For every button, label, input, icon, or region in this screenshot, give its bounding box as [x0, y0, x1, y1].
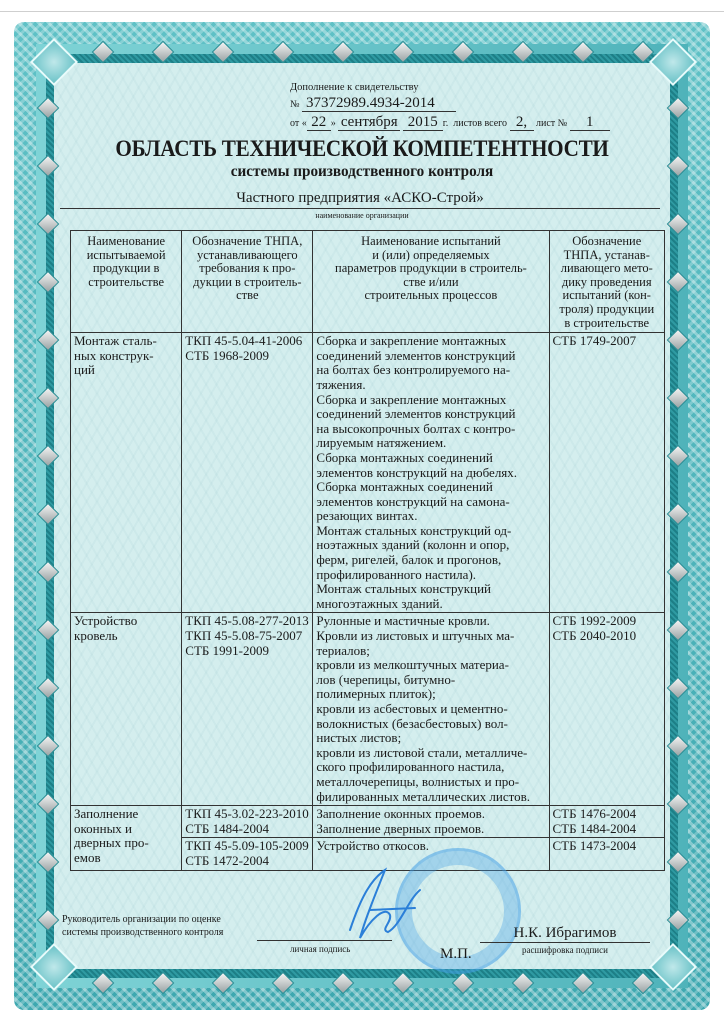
cell-line: Монтаж сталь-	[74, 334, 178, 349]
date-month: сентября	[338, 114, 400, 131]
cell-product: Монтаж сталь-ных конструк-ций	[71, 333, 182, 613]
cell-line: ского профилированного настила,	[316, 760, 545, 775]
cell-line: Кровли из листовых и штучных ма-	[316, 629, 545, 644]
cell-line: элементов конструкций на самона-	[316, 495, 545, 510]
header-product: Наименованиеиспытываемойпродукции встрои…	[71, 231, 182, 333]
sheets-total: 2,	[510, 114, 534, 131]
cell-line: кровли из мелкоштучных материа-	[316, 658, 545, 673]
cell-tests: Рулонные и мастичные кровли.Кровли из ли…	[313, 613, 549, 806]
cell-line: Обозначение	[553, 235, 662, 249]
cell-line: Сборка и закрепление монтажных	[316, 334, 545, 349]
cell-line: СТБ 1991-2009	[185, 644, 309, 659]
cell-tnpa: ТКП 45-5.04-41-2006СТБ 1968-2009	[182, 333, 313, 613]
cell-line: ТКП 45-5.08-75-2007	[185, 629, 309, 644]
cell-line: СТБ 1968-2009	[185, 349, 309, 364]
cell-line: и (или) определяемых	[316, 249, 545, 263]
cell-line: кровли из листовой стали, металличе-	[316, 746, 545, 761]
cell-line: Наименование	[74, 235, 178, 249]
organization-name: Частного предприятия «АСКО-Строй»	[60, 190, 660, 209]
cell-methods: СТБ 1992-2009СТБ 2040-2010	[549, 613, 665, 806]
cell-tnpa: ТКП 45-5.09-105-2009СТБ 1472-2004	[182, 838, 313, 870]
cell-line: ТКП 45-3.02-223-2010	[185, 807, 309, 822]
certificate-reference: Дополнение к свидетельству № 37372989.49…	[290, 82, 630, 131]
cell-line: Заполнение оконных проемов.	[316, 807, 545, 822]
cell-line: требования к про-	[185, 262, 309, 276]
competence-table: Наименованиеиспытываемойпродукции встрои…	[70, 230, 665, 871]
cell-line: Наименование испытаний	[316, 235, 545, 249]
handwritten-signature	[330, 860, 440, 950]
cell-line: испытаний (кон-	[553, 289, 662, 303]
cell-line: дверных про-	[74, 836, 178, 851]
cell-line: ных конструк-	[74, 349, 178, 364]
sheet-label: лист №	[536, 118, 567, 129]
document-subtitle: системы производственного контроля	[18, 163, 706, 181]
cell-line: ТНПА, устанав-	[553, 249, 662, 263]
cell-line: лируемым натяжением.	[316, 436, 545, 451]
cell-line: параметров продукции в строитель-	[316, 262, 545, 276]
cell-line: Заполнение	[74, 807, 178, 822]
cell-line: дукции в строитель-	[185, 276, 309, 290]
supplement-label: Дополнение к свидетельству	[290, 82, 630, 93]
cell-line: кровель	[74, 629, 178, 644]
number-prefix: №	[290, 99, 300, 110]
cell-line: лов (черепицы, битумно-	[316, 673, 545, 688]
cell-line: ферм, ригелей, балок и прогонов,	[316, 553, 545, 568]
cell-line: Обозначение ТНПА,	[185, 235, 309, 249]
cell-line: оконных и	[74, 822, 178, 837]
document-title: ОБЛАСТЬ ТЕХНИЧЕСКОЙ КОМПЕТЕНТНОСТИ	[29, 136, 695, 162]
cell-tnpa: ТКП 45-3.02-223-2010СТБ 1484-2004	[182, 806, 313, 838]
cell-line: металлочерепицы, волнистых и про-	[316, 775, 545, 790]
date-year: 2015	[403, 114, 443, 131]
cell-line: ТКП 45-5.08-277-2013	[185, 614, 309, 629]
cell-line: стве и/или	[316, 276, 545, 290]
cell-product: Устройствокровель	[71, 613, 182, 806]
cell-line: дику проведения	[553, 276, 662, 290]
cell-line: Монтаж стальных конструкций од-	[316, 524, 545, 539]
cell-line: полимерных плиток);	[316, 687, 545, 702]
cell-line: продукции в	[74, 262, 178, 276]
signature-line	[257, 940, 392, 941]
signatory-role: Руководитель организации по оценке систе…	[62, 913, 223, 939]
header-tnpa: Обозначение ТНПА,устанавливающеготребова…	[182, 231, 313, 333]
table-row: Монтаж сталь-ных конструк-ций ТКП 45-5.0…	[71, 333, 665, 613]
table-header-row: Наименованиеиспытываемойпродукции встрои…	[71, 231, 665, 333]
role-line: системы производственного контроля	[62, 926, 223, 939]
cell-tnpa: ТКП 45-5.08-277-2013ТКП 45-5.08-75-2007С…	[182, 613, 313, 806]
cell-tests: Сборка и закрепление монтажныхсоединений…	[313, 333, 549, 613]
cell-line: СТБ 1484-2004	[185, 822, 309, 837]
cell-line: СТБ 1476-2004	[553, 807, 662, 822]
cell-methods: СТБ 1476-2004СТБ 1484-2004	[549, 806, 665, 838]
cell-methods: СТБ 1749-2007	[549, 333, 665, 613]
signatory-name-caption: расшифровка подписи	[480, 945, 650, 955]
table-row: Устройствокровель ТКП 45-5.08-277-2013ТК…	[71, 613, 665, 806]
cell-line: троля) продукции	[553, 303, 662, 317]
cell-line: кровли из асбестовых и цементно-	[316, 702, 545, 717]
cell-tests: Заполнение оконных проемов.Заполнение дв…	[313, 806, 549, 838]
sheet-number: 1	[570, 114, 610, 131]
cell-line: нистых листов;	[316, 731, 545, 746]
cell-line: Устройство	[74, 614, 178, 629]
cell-line: в строительстве	[553, 317, 662, 331]
scan-edge-line	[0, 11, 724, 12]
cell-line: СТБ 1749-2007	[553, 334, 662, 349]
cell-line: емов	[74, 851, 178, 866]
cell-line: стве	[185, 289, 309, 303]
role-line: Руководитель организации по оценке	[62, 913, 223, 926]
cell-line: многоэтажных зданий.	[316, 597, 545, 612]
date-prefix: от	[290, 118, 299, 129]
cell-line: СТБ 1992-2009	[553, 614, 662, 629]
cell-line: ливающего мето-	[553, 262, 662, 276]
cell-line: Устройство откосов.	[316, 839, 545, 854]
header-methods: ОбозначениеТНПА, устанав-ливающего мето-…	[549, 231, 665, 333]
cell-line: устанавливающего	[185, 249, 309, 263]
cell-line: строительстве	[74, 276, 178, 290]
cell-line: филированных металлических листов.	[316, 790, 545, 805]
cell-line: Сборка монтажных соединений	[316, 480, 545, 495]
cell-line: на высокопрочных болтах с контро-	[316, 422, 545, 437]
header-tests: Наименование испытанийи (или) определяем…	[313, 231, 549, 333]
cell-line: ций	[74, 363, 178, 378]
seal-mark: М.П.	[440, 946, 472, 963]
date-day: 22	[307, 114, 331, 131]
cell-line: ноэтажных зданий (колонн и опор,	[316, 538, 545, 553]
cell-line: соединений элементов конструкций	[316, 349, 545, 364]
cell-line: СТБ 1473-2004	[553, 839, 662, 854]
cell-line: элементов конструкций на дюбелях.	[316, 466, 545, 481]
certificate-number: 37372989.4934-2014	[302, 95, 456, 112]
cell-line: испытываемой	[74, 249, 178, 263]
cell-line: СТБ 1472-2004	[185, 854, 309, 869]
cell-line: Рулонные и мастичные кровли.	[316, 614, 545, 629]
cell-product: Заполнениеоконных идверных про-емов	[71, 806, 182, 870]
cell-line: Монтаж стальных конструкций	[316, 582, 545, 597]
signature-caption: личная подпись	[290, 944, 350, 954]
cell-line: СТБ 1484-2004	[553, 822, 662, 837]
organization-caption: наименование организации	[0, 211, 724, 220]
cell-line: строительных процессов	[316, 289, 545, 303]
signatory-name: Н.К. Ибрагимов	[480, 925, 650, 943]
cell-methods: СТБ 1473-2004	[549, 838, 665, 870]
cell-line: на болтах без контролируемого на-	[316, 363, 545, 378]
table-row: Заполнениеоконных идверных про-емов ТКП …	[71, 806, 665, 838]
cell-line: Сборка монтажных соединений	[316, 451, 545, 466]
cell-line: соединений элементов конструкций	[316, 407, 545, 422]
cell-line: профилированного настила).	[316, 568, 545, 583]
cell-line: резающих винтах.	[316, 509, 545, 524]
sheets-total-label: листов всего	[453, 118, 507, 129]
cell-line: териалов;	[316, 644, 545, 659]
cell-line: ТКП 45-5.04-41-2006	[185, 334, 309, 349]
cell-line: тяжения.	[316, 378, 545, 393]
cell-line: СТБ 2040-2010	[553, 629, 662, 644]
cell-line: Заполнение дверных проемов.	[316, 822, 545, 837]
year-suffix: г.	[443, 118, 448, 129]
cell-line: Сборка и закрепление монтажных	[316, 393, 545, 408]
cell-line: волокнистых (безасбестовых) вол-	[316, 717, 545, 732]
cell-line: ТКП 45-5.09-105-2009	[185, 839, 309, 854]
